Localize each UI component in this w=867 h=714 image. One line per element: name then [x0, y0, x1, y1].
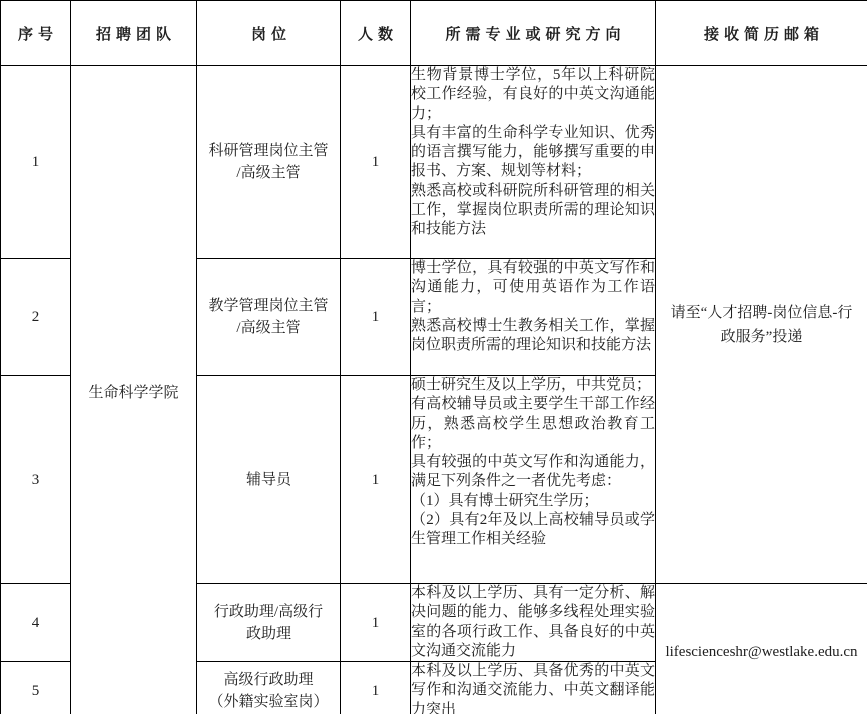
header-position: 岗位 — [197, 1, 341, 66]
requirements-cell: 本科及以上学历、具备优秀的中英文写作和沟通交流能力、中英文翻译能力突出 — [411, 662, 656, 714]
requirements-cell: 生物背景博士学位，5年以上科研院校工作经验，有良好的中英文沟通能力； 具有丰富的… — [411, 66, 656, 259]
header-serial: 序号 — [1, 1, 71, 66]
requirements-cell: 博士学位，具有较强的中英文写作和沟通能力，可使用英语作为工作语言； 熟悉高校博士… — [411, 259, 656, 376]
requirements-cell: 硕士研究生及以上学历，中共党员； 有高校辅导员或主要学生干部工作经历，熟悉高校学… — [411, 376, 656, 584]
table-row-1: 1 生命科学学院 科研管理岗位主管 /高级主管 1 生物背景博士学位，5年以上科… — [1, 66, 867, 259]
email-cell-address: lifescienceshr@westlake.edu.cn — [656, 584, 867, 714]
count-cell: 1 — [341, 376, 411, 584]
requirements-cell: 本科及以上学历、具有一定分析、解决问题的能力、能够多线程处理实验室的各项行政工作… — [411, 584, 656, 662]
count-cell: 1 — [341, 66, 411, 259]
serial-cell: 3 — [1, 376, 71, 584]
serial-cell: 4 — [1, 584, 71, 662]
count-cell: 1 — [341, 584, 411, 662]
header-row: 序号 招聘团队 岗位 人数 所需专业或研究方向 接收简历邮箱 — [1, 1, 867, 66]
position-cell: 科研管理岗位主管 /高级主管 — [197, 66, 341, 259]
header-team: 招聘团队 — [71, 1, 197, 66]
serial-cell: 1 — [1, 66, 71, 259]
position-cell: 教学管理岗位主管 /高级主管 — [197, 259, 341, 376]
serial-cell: 5 — [1, 662, 71, 714]
position-cell: 高级行政助理 （外籍实验室岗） — [197, 662, 341, 714]
email-cell-portal: 请至“人才招聘-岗位信息-行 政服务”投递 — [656, 66, 867, 584]
header-requirements: 所需专业或研究方向 — [411, 1, 656, 66]
position-cell: 辅导员 — [197, 376, 341, 584]
recruitment-table: 序号 招聘团队 岗位 人数 所需专业或研究方向 接收简历邮箱 1 生命科学学院 … — [0, 0, 867, 714]
serial-cell: 2 — [1, 259, 71, 376]
header-email: 接收简历邮箱 — [656, 1, 867, 66]
count-cell: 1 — [341, 259, 411, 376]
position-cell: 行政助理/高级行 政助理 — [197, 584, 341, 662]
count-cell: 1 — [341, 662, 411, 714]
header-count: 人数 — [341, 1, 411, 66]
team-cell: 生命科学学院 — [71, 66, 197, 714]
